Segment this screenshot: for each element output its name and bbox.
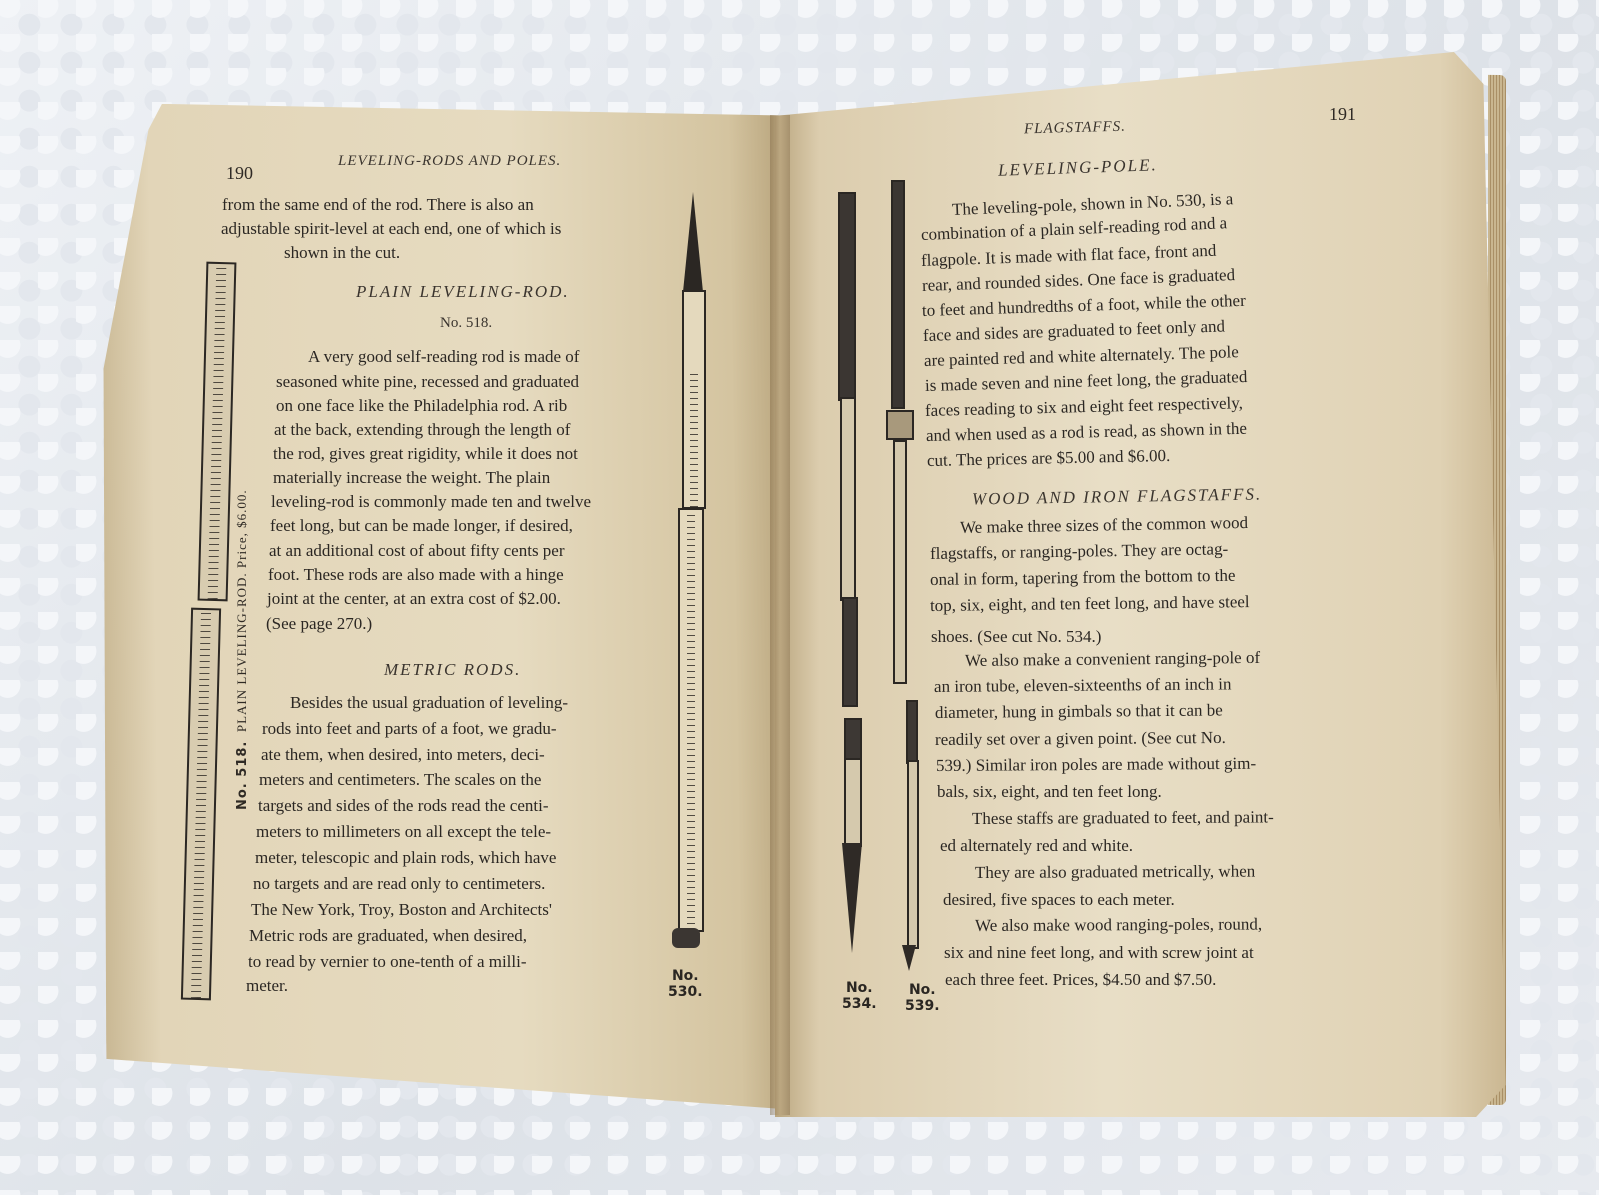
- text-line: foot. These rods are also made with a hi…: [268, 562, 564, 587]
- text-line: adjustable spirit-level at each end, one…: [221, 216, 561, 241]
- text-line: feet long, but can be made longer, if de…: [270, 513, 573, 538]
- text-line: targets and sides of the rods read the c…: [258, 793, 548, 818]
- text-line: flagstaffs, or ranging-poles. They are o…: [930, 536, 1229, 566]
- caption-line: No.: [842, 980, 877, 996]
- text-line: cut. The prices are $5.00 and $6.00.: [927, 443, 1171, 473]
- caption-line: 539.: [905, 998, 940, 1014]
- text-line: A very good self-reading rod is made of: [308, 344, 579, 369]
- book-spine: [770, 115, 790, 1115]
- text-line: 539.) Similar iron poles are made withou…: [936, 751, 1256, 778]
- gimbal: [886, 410, 914, 440]
- text-line: ed alternately red and white.: [940, 833, 1133, 858]
- pole-534-caption: No. 534.: [842, 980, 877, 1012]
- page-number-right: 191: [1329, 104, 1356, 125]
- text-line: These staffs are graduated to feet, and …: [972, 804, 1274, 831]
- text-line: the rod, gives great rigidity, while it …: [273, 441, 578, 466]
- text-line: seasoned white pine, recessed and gradua…: [276, 369, 579, 394]
- text-line: shown in the cut.: [284, 240, 400, 265]
- rod-518-caption: No. 518. PLAIN LEVELING-ROD. Price, $6.0…: [234, 489, 250, 810]
- pole-539-caption: No. 539.: [905, 982, 940, 1014]
- open-catalog-book: 190 LEVELING-RODS AND POLES. from the sa…: [0, 0, 1599, 1195]
- text-line: meter.: [246, 973, 288, 998]
- text-line: ate them, when desired, into meters, dec…: [261, 742, 545, 767]
- text-line: We also make a convenient ranging-pole o…: [965, 645, 1260, 673]
- text-line: at the back, extending through the lengt…: [274, 417, 570, 442]
- running-head-right: FLAGSTAFFS.: [1024, 119, 1126, 139]
- text-line: We also make wood ranging-poles, round,: [975, 911, 1262, 938]
- text-line: rods into feet and parts of a foot, we g…: [262, 716, 557, 741]
- text-line: They are also graduated metrically, when: [975, 859, 1255, 885]
- text-line: at an additional cost of about fifty cen…: [269, 538, 565, 563]
- running-head-left: LEVELING-RODS AND POLES.: [338, 153, 561, 170]
- text-line: meter, telescopic and plain rods, which …: [255, 845, 556, 870]
- rod-518-number: No. 518.: [235, 741, 250, 810]
- text-line: on one face like the Philadelphia rod. A…: [276, 393, 567, 418]
- text-line: materially increase the weight. The plai…: [273, 465, 550, 490]
- text-line: an iron tube, eleven-sixteenths of an in…: [934, 671, 1232, 699]
- text-line: each three feet. Prices, $4.50 and $7.50…: [945, 967, 1216, 992]
- text-line: top, six, eight, and ten feet long, and …: [930, 589, 1250, 618]
- page-number-left: 190: [226, 163, 253, 184]
- text-line: diameter, hung in gimbals so that it can…: [935, 697, 1223, 725]
- text-line: (See page 270.): [266, 611, 372, 636]
- text-line: no targets and are read only to centimet…: [253, 871, 545, 896]
- text-line: Besides the usual graduation of leveling…: [290, 690, 568, 715]
- text-line: bals, six, eight, and ten feet long.: [937, 779, 1162, 804]
- section-title-metric-rods: METRIC RODS.: [384, 660, 521, 680]
- text-line: meters to millimeters on all except the …: [256, 819, 551, 844]
- caption-line: 530.: [668, 984, 703, 1000]
- text-line: onal in form, tapering from the bottom t…: [930, 563, 1236, 592]
- caption-line: No.: [668, 968, 703, 984]
- catalog-number: No. 518.: [440, 315, 492, 332]
- text-line: meters and centimeters. The scales on th…: [259, 767, 541, 792]
- rod-518-title-price: PLAIN LEVELING-ROD. Price, $6.00.: [234, 489, 249, 732]
- text-line: leveling-rod is commonly made ten and tw…: [271, 489, 591, 514]
- text-line: joint at the center, at an extra cost of…: [267, 586, 561, 611]
- text-line: Metric rods are graduated, when desired,: [249, 923, 527, 948]
- text-line: The New York, Troy, Boston and Architect…: [251, 897, 552, 922]
- section-title-plain-leveling-rod: PLAIN LEVELING-ROD.: [356, 282, 570, 302]
- text-line: readily set over a given point. (See cut…: [935, 725, 1226, 752]
- text-line: to read by vernier to one-tenth of a mil…: [248, 949, 527, 974]
- caption-line: 534.: [842, 996, 877, 1012]
- text-line: shoes. (See cut No. 534.): [931, 624, 1101, 649]
- text-line: from the same end of the rod. There is a…: [222, 192, 534, 217]
- rod-530-caption: No. 530.: [668, 968, 703, 1000]
- text-line: desired, five spaces to each meter.: [943, 887, 1175, 912]
- text-line: We make three sizes of the common wood: [960, 510, 1248, 540]
- text-line: six and nine feet long, and with screw j…: [944, 940, 1254, 965]
- caption-line: No.: [905, 982, 940, 998]
